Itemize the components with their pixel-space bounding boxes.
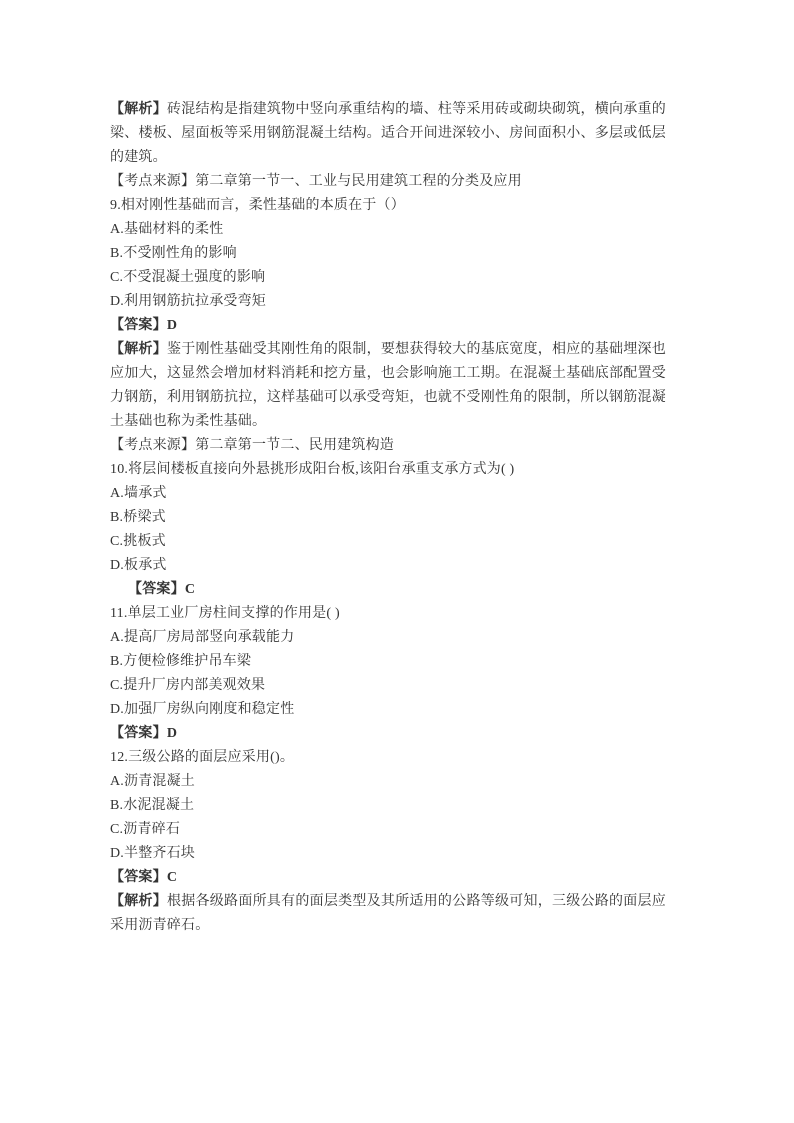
option-block: C.提升厂房内部美观效果: [110, 674, 666, 698]
question-block: 9.相对刚性基础而言，柔性基础的本质在于（）: [110, 194, 666, 218]
answer-block: 【答案】C: [110, 866, 666, 890]
answer-text: C: [167, 870, 177, 885]
answer-block: 【答案】D: [110, 314, 666, 338]
option-block: B.桥梁式: [110, 506, 666, 530]
analysis-text: 砖混结构是指建筑物中竖向承重结构的墙、柱等采用砖或砌块砌筑，横向承重的梁、楼板、…: [110, 102, 666, 165]
analysis-block: 【解析】根据各级路面所具有的面层类型及其所适用的公路等级可知，三级公路的面层应采…: [110, 890, 666, 938]
option-text: D.板承式: [110, 558, 167, 573]
question-text: 10.将层间楼板直接向外悬挑形成阳台板,该阳台承重支承方式为( ): [110, 462, 514, 477]
option-text: B.桥梁式: [110, 510, 166, 525]
option-block: A.墙承式: [110, 482, 666, 506]
answer-label: 【答案】: [110, 318, 167, 333]
option-text: C.沥青碎石: [110, 822, 180, 837]
option-block: C.沥青碎石: [110, 818, 666, 842]
option-text: D.利用钢筋抗拉承受弯矩: [110, 294, 266, 309]
option-block: D.板承式: [110, 554, 666, 578]
analysis-block: 【解析】鉴于刚性基础受其刚性角的限制，要想获得较大的基底宽度，相应的基础埋深也应…: [110, 338, 666, 434]
answer-text: C: [185, 582, 195, 597]
source-text: 第二章第一节一、工业与民用建筑工程的分类及应用: [195, 174, 522, 189]
option-text: B.水泥混凝土: [110, 798, 194, 813]
analysis-block: 【解析】砖混结构是指建筑物中竖向承重结构的墙、柱等采用砖或砌块砌筑，横向承重的梁…: [110, 98, 666, 170]
document-page: 【解析】砖混结构是指建筑物中竖向承重结构的墙、柱等采用砖或砌块砌筑，横向承重的梁…: [0, 0, 794, 1123]
question-block: 11.单层工业厂房柱间支撑的作用是( ): [110, 602, 666, 626]
question-block: 12.三级公路的面层应采用()。: [110, 746, 666, 770]
source-block: 【考点来源】第二章第一节一、工业与民用建筑工程的分类及应用: [110, 170, 666, 194]
analysis-label: 【解析】: [110, 894, 167, 909]
option-text: C.提升厂房内部美观效果: [110, 678, 265, 693]
source-label: 【考点来源】: [110, 438, 195, 453]
option-text: C.不受混凝土强度的影响: [110, 270, 265, 285]
option-block: D.半整齐石块: [110, 842, 666, 866]
answer-text: D: [167, 726, 177, 741]
analysis-text: 根据各级路面所具有的面层类型及其所适用的公路等级可知，三级公路的面层应采用沥青碎…: [110, 894, 666, 933]
question-text: 11.单层工业厂房柱间支撑的作用是( ): [110, 606, 340, 621]
option-text: C.挑板式: [110, 534, 166, 549]
source-label: 【考点来源】: [110, 174, 195, 189]
option-block: C.不受混凝土强度的影响: [110, 266, 666, 290]
option-text: A.提高厂房局部竖向承载能力: [110, 630, 294, 645]
option-block: A.沥青混凝土: [110, 770, 666, 794]
source-block: 【考点来源】第二章第一节二、民用建筑构造: [110, 434, 666, 458]
answer-block: 【答案】D: [110, 722, 666, 746]
option-text: A.基础材料的柔性: [110, 222, 223, 237]
analysis-label: 【解析】: [110, 342, 167, 357]
analysis-label: 【解析】: [110, 102, 167, 117]
option-block: D.加强厂房纵向刚度和稳定性: [110, 698, 666, 722]
answer-text: D: [167, 318, 177, 333]
question-text: 12.三级公路的面层应采用()。: [110, 750, 294, 765]
document-content: 【解析】砖混结构是指建筑物中竖向承重结构的墙、柱等采用砖或砌块砌筑，横向承重的梁…: [110, 98, 666, 938]
option-text: D.半整齐石块: [110, 846, 195, 861]
option-block: D.利用钢筋抗拉承受弯矩: [110, 290, 666, 314]
source-text: 第二章第一节二、民用建筑构造: [195, 438, 394, 453]
option-block: B.不受刚性角的影响: [110, 242, 666, 266]
option-block: B.水泥混凝土: [110, 794, 666, 818]
option-block: C.挑板式: [110, 530, 666, 554]
option-block: B.方便检修维护吊车梁: [110, 650, 666, 674]
answer-label: 【答案】: [110, 870, 167, 885]
analysis-text: 鉴于刚性基础受其刚性角的限制，要想获得较大的基底宽度，相应的基础埋深也应加大，这…: [110, 342, 666, 429]
option-text: A.沥青混凝土: [110, 774, 195, 789]
option-text: D.加强厂房纵向刚度和稳定性: [110, 702, 294, 717]
answer-label: 【答案】: [110, 726, 167, 741]
question-text: 9.相对刚性基础而言，柔性基础的本质在于（）: [110, 198, 405, 213]
option-text: B.不受刚性角的影响: [110, 246, 237, 261]
answer-block: 【答案】C: [110, 578, 666, 602]
answer-label: 【答案】: [128, 582, 185, 597]
option-text: B.方便检修维护吊车梁: [110, 654, 251, 669]
option-block: A.提高厂房局部竖向承载能力: [110, 626, 666, 650]
option-text: A.墙承式: [110, 486, 167, 501]
question-block: 10.将层间楼板直接向外悬挑形成阳台板,该阳台承重支承方式为( ): [110, 458, 666, 482]
option-block: A.基础材料的柔性: [110, 218, 666, 242]
